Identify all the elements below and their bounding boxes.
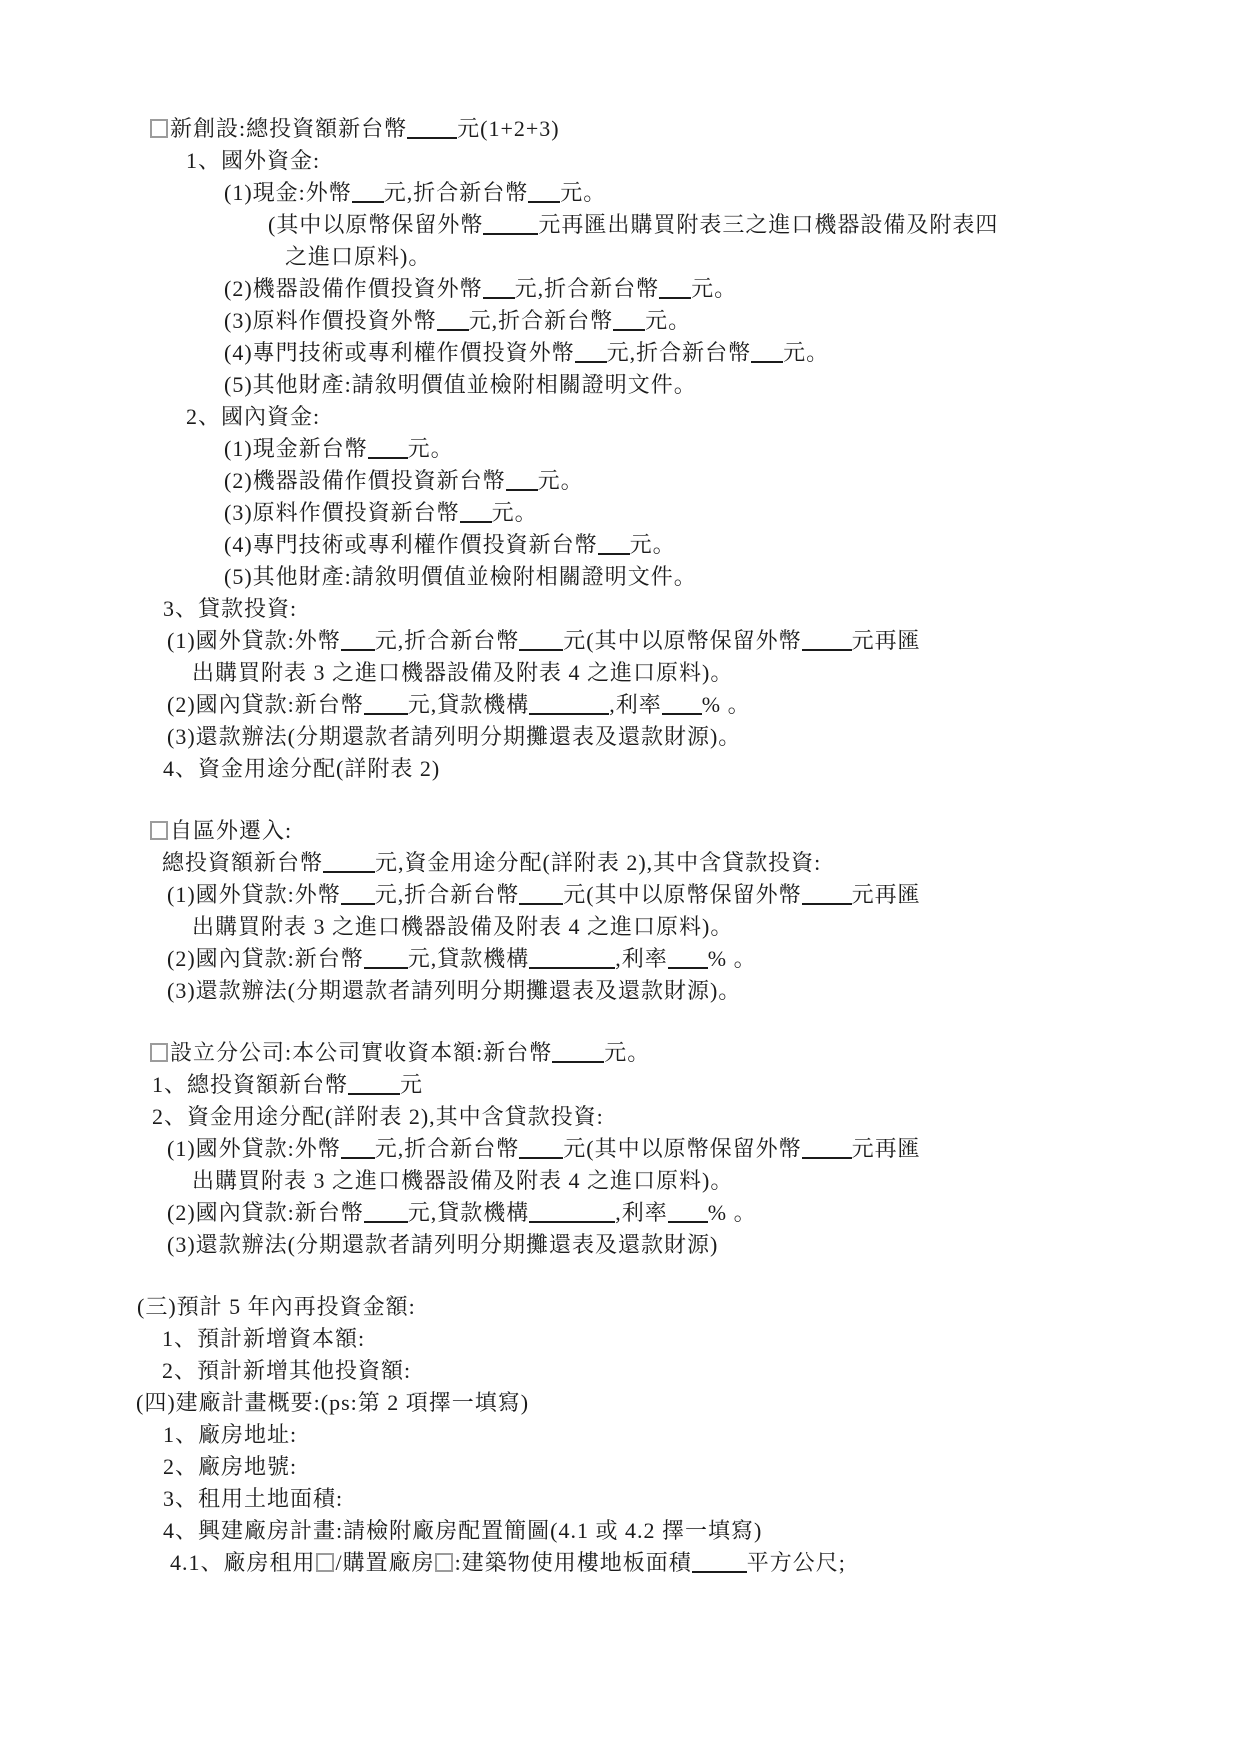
fill-in-blank[interactable] — [364, 695, 408, 715]
text-segment: 1、總投資額新台幣 — [152, 1072, 348, 1097]
fill-in-blank[interactable] — [519, 631, 563, 651]
form-line-9: (5)其他財產:請敘明價值並檢附相關證明文件。 — [224, 369, 1241, 401]
fill-in-blank[interactable] — [659, 279, 691, 299]
text-segment: 新創設:總投資額新台幣 — [170, 116, 407, 141]
form-line-27: (3)還款辦法(分期還款者請列明分期攤還表及還款財源)。 — [167, 975, 1241, 1007]
fill-in-blank[interactable] — [341, 631, 375, 651]
form-line-33: (2)國內貸款:新台幣元,貸款機構,利率% 。 — [167, 1197, 1241, 1229]
text-segment: ,利率 — [609, 692, 662, 717]
text-segment: % 。 — [708, 1200, 757, 1225]
text-segment: ,利率 — [615, 1200, 668, 1225]
form-line-14: (4)專門技術或專利權作價投資新台幣元。 — [224, 529, 1241, 561]
fill-in-blank[interactable] — [341, 1139, 375, 1159]
form-line-31: (1)國外貸款:外幣元,折合新台幣元(其中以原幣保留外幣元再匯 — [167, 1133, 1241, 1165]
text-segment: 元,折合新台幣 — [607, 340, 752, 365]
text-segment: 總投資額新台幣 — [162, 850, 323, 875]
text-segment: (2)國內貸款:新台幣 — [167, 946, 364, 971]
form-line-16: 3、貸款投資: — [163, 593, 1241, 625]
text-segment: (3)原料作價投資新台幣 — [224, 500, 460, 525]
text-segment: (1)國外貸款:外幣 — [167, 1136, 341, 1161]
text-segment: 元,貸款機構 — [408, 946, 530, 971]
text-segment: 元(其中以原幣保留外幣 — [563, 1136, 801, 1161]
form-line-5: 之進口原料)。 — [285, 241, 1241, 273]
text-segment: 4.1、廠房租用 — [170, 1550, 316, 1575]
text-segment: 1、廠房地址: — [163, 1422, 297, 1447]
text-segment: 元(其中以原幣保留外幣 — [563, 628, 801, 653]
text-segment: 元,折合新台幣 — [375, 882, 520, 907]
form-line-2: 1、國外資金: — [186, 145, 1241, 177]
fill-in-blank[interactable] — [598, 535, 630, 555]
fill-in-blank[interactable] — [575, 343, 607, 363]
text-segment: (3)還款辦法(分期還款者請列明分期攤還表及還款財源)。 — [167, 724, 741, 749]
text-segment: 元,貸款機構 — [408, 1200, 530, 1225]
text-segment: (4)專門技術或專利權作價投資外幣 — [224, 340, 575, 365]
checkbox-move-in-from-outside-zone[interactable] — [150, 821, 168, 840]
form-line-15: (5)其他財產:請敘明價值並檢附相關證明文件。 — [224, 561, 1241, 593]
text-segment: (2)機器設備作價投資新台幣 — [224, 468, 506, 493]
form-line-13: (3)原料作價投資新台幣元。 — [224, 497, 1241, 529]
text-segment: ,利率 — [615, 946, 668, 971]
form-line-36: 1、預計新增資本額: — [162, 1323, 1241, 1355]
text-segment: 元,折合新台幣 — [384, 180, 529, 205]
form-line-30: 2、資金用途分配(詳附表 2),其中含貸款投資: — [152, 1101, 1241, 1133]
section-establish-branch: 設立分公司:本公司實收資本額:新台幣元。 — [150, 1037, 1241, 1069]
fill-in-blank[interactable] — [352, 183, 384, 203]
text-segment: (3)還款辦法(分期還款者請列明分期攤還表及還款財源)。 — [167, 978, 741, 1003]
fill-in-blank[interactable] — [529, 1203, 615, 1223]
fill-in-blank[interactable] — [529, 695, 609, 715]
text-segment: (5)其他財產:請敘明價值並檢附相關證明文件。 — [224, 564, 697, 589]
fill-in-blank[interactable] — [751, 343, 783, 363]
text-segment: 3、貸款投資: — [163, 596, 297, 621]
fill-in-blank[interactable] — [668, 1203, 708, 1223]
form-line-8: (4)專門技術或專利權作價投資外幣元,折合新台幣元。 — [224, 337, 1241, 369]
form-line-42: 4、興建廠房計畫:請檢附廠房配置簡圖(4.1 或 4.2 擇一填寫) — [163, 1515, 1241, 1547]
fill-in-blank[interactable] — [483, 215, 538, 235]
form-line-24: (1)國外貸款:外幣元,折合新台幣元(其中以原幣保留外幣元再匯 — [167, 879, 1241, 911]
text-segment: 元 — [400, 1072, 423, 1097]
form-line-factory-rent-or-purchase: 4.1、廠房租用/購置廠房:建築物使用樓地板面積平方公尺; — [170, 1547, 1241, 1579]
text-segment: 元。 — [538, 468, 584, 493]
fill-in-blank[interactable] — [802, 1139, 852, 1159]
text-segment: 元(1+2+3) — [457, 116, 559, 141]
text-segment: 元(其中以原幣保留外幣 — [563, 882, 801, 907]
text-segment: 元。 — [783, 340, 829, 365]
text-segment: 之進口原料)。 — [285, 244, 431, 269]
form-line-18: 出購買附表 3 之進口機器設備及附表 4 之進口原料)。 — [192, 657, 1241, 689]
fill-in-blank[interactable] — [364, 949, 408, 969]
form-line-11: (1)現金新台幣元。 — [224, 433, 1241, 465]
section-move-in-from-outside-zone: 自區外遷入: — [150, 815, 1241, 847]
text-segment: % 。 — [708, 946, 757, 971]
text-segment: 元再匯 — [852, 628, 921, 653]
form-line-25: 出購買附表 3 之進口機器設備及附表 4 之進口原料)。 — [192, 911, 1241, 943]
text-segment: 3、租用土地面積: — [163, 1486, 343, 1511]
fill-in-blank[interactable] — [692, 1553, 747, 1573]
fill-in-blank[interactable] — [364, 1203, 408, 1223]
fill-in-blank[interactable] — [506, 471, 538, 491]
text-segment: 元。 — [408, 436, 454, 461]
fill-in-blank[interactable] — [437, 311, 469, 331]
fill-in-blank[interactable] — [529, 949, 615, 969]
fill-in-blank[interactable] — [613, 311, 645, 331]
text-segment: 元,貸款機構 — [408, 692, 530, 717]
fill-in-blank[interactable] — [407, 119, 457, 139]
form-line-17: (1)國外貸款:外幣元,折合新台幣元(其中以原幣保留外幣元再匯 — [167, 625, 1241, 657]
form-line-7: (3)原料作價投資外幣元,折合新台幣元。 — [224, 305, 1241, 337]
fill-in-blank[interactable] — [552, 1043, 604, 1063]
fill-in-blank[interactable] — [802, 885, 852, 905]
form-line-32: 出購買附表 3 之進口機器設備及附表 4 之進口原料)。 — [192, 1165, 1241, 1197]
text-segment: (3)還款辦法(分期還款者請列明分期攤還表及還款財源) — [167, 1232, 718, 1257]
fill-in-blank[interactable] — [460, 503, 492, 523]
text-segment: 2、廠房地號: — [163, 1454, 297, 1479]
document-page: 新創設:總投資額新台幣元(1+2+3)1、國外資金:(1)現金:外幣元,折合新台… — [0, 0, 1241, 1754]
text-segment: 元。 — [492, 500, 538, 525]
text-segment: 元,資金用途分配(詳附表 2),其中含貸款投資: — [375, 850, 821, 875]
text-segment: 元。 — [560, 180, 606, 205]
form-line-23: 總投資額新台幣元,資金用途分配(詳附表 2),其中含貸款投資: — [162, 847, 1241, 879]
text-segment: 平方公尺; — [747, 1550, 846, 1575]
fill-in-blank[interactable] — [519, 885, 563, 905]
fill-in-blank[interactable] — [802, 631, 852, 651]
checkbox-factory-purchase[interactable] — [435, 1553, 453, 1572]
text-segment: 出購買附表 3 之進口機器設備及附表 4 之進口原料)。 — [192, 914, 733, 939]
text-segment: 4、興建廠房計畫:請檢附廠房配置簡圖(4.1 或 4.2 擇一填寫) — [163, 1518, 762, 1543]
text-segment: 2、資金用途分配(詳附表 2),其中含貸款投資: — [152, 1104, 604, 1129]
text-segment: 1、預計新增資本額: — [162, 1326, 365, 1351]
text-segment: % 。 — [702, 692, 751, 717]
fill-in-blank[interactable] — [368, 439, 408, 459]
text-segment: 元再匯 — [852, 1136, 921, 1161]
fill-in-blank[interactable] — [519, 1139, 563, 1159]
fill-in-blank[interactable] — [668, 949, 708, 969]
text-segment: (1)國外貸款:外幣 — [167, 882, 341, 907]
fill-in-blank[interactable] — [483, 279, 515, 299]
text-segment: :建築物使用樓地板面積 — [455, 1550, 692, 1575]
section-new-establishment: 新創設:總投資額新台幣元(1+2+3) — [150, 113, 1241, 145]
fill-in-blank[interactable] — [348, 1075, 400, 1095]
text-segment: (1)國外貸款:外幣 — [167, 628, 341, 653]
form-line-34: (3)還款辦法(分期還款者請列明分期攤還表及還款財源) — [167, 1229, 1241, 1261]
text-segment: /購置廠房 — [336, 1550, 435, 1575]
text-segment: (其中以原幣保留外幣 — [268, 212, 483, 237]
form-line-37: 2、預計新增其他投資額: — [162, 1355, 1241, 1387]
form-line-3: (1)現金:外幣元,折合新台幣元。 — [224, 177, 1241, 209]
form-line-6: (2)機器設備作價投資外幣元,折合新台幣元。 — [224, 273, 1241, 305]
fill-in-blank[interactable] — [662, 695, 702, 715]
text-segment: (3)原料作價投資外幣 — [224, 308, 437, 333]
text-segment: 元,折合新台幣 — [375, 628, 520, 653]
text-segment: 元,折合新台幣 — [469, 308, 614, 333]
form-line-29: 1、總投資額新台幣元 — [152, 1069, 1241, 1101]
form-line-20: (3)還款辦法(分期還款者請列明分期攤還表及還款財源)。 — [167, 721, 1241, 753]
form-line-12: (2)機器設備作價投資新台幣元。 — [224, 465, 1241, 497]
text-segment: 元。 — [691, 276, 737, 301]
form-line-41: 3、租用土地面積: — [163, 1483, 1241, 1515]
text-segment: 出購買附表 3 之進口機器設備及附表 4 之進口原料)。 — [192, 1168, 733, 1193]
text-segment: 元,折合新台幣 — [515, 276, 660, 301]
text-segment: 2、預計新增其他投資額: — [162, 1358, 411, 1383]
text-segment: 出購買附表 3 之進口機器設備及附表 4 之進口原料)。 — [192, 660, 733, 685]
form-line-4: (其中以原幣保留外幣元再匯出購買附表三之進口機器設備及附表四 — [268, 209, 1241, 241]
fill-in-blank[interactable] — [341, 885, 375, 905]
text-segment: (2)國內貸款:新台幣 — [167, 692, 364, 717]
text-segment: (5)其他財產:請敘明價值並檢附相關證明文件。 — [224, 372, 697, 397]
form-line-10: 2、國內資金: — [186, 401, 1241, 433]
text-segment: 2、國內資金: — [186, 404, 320, 429]
text-segment: (2)國內貸款:新台幣 — [167, 1200, 364, 1225]
checkbox-new-establishment[interactable] — [150, 119, 168, 138]
form-line-19: (2)國內貸款:新台幣元,貸款機構,利率% 。 — [167, 689, 1241, 721]
text-segment: (1)現金:外幣 — [224, 180, 352, 205]
item-4-factory-plan-summary: (四)建廠計畫概要:(ps:第 2 項擇一填寫) — [136, 1387, 1241, 1419]
form-line-21: 4、資金用途分配(詳附表 2) — [163, 753, 1241, 785]
text-segment: 元再匯出購買附表三之進口機器設備及附表四 — [538, 212, 998, 237]
checkbox-factory-rent[interactable] — [316, 1553, 334, 1572]
text-segment: 元。 — [604, 1040, 650, 1065]
text-segment: 元,折合新台幣 — [375, 1136, 520, 1161]
text-segment: 4、資金用途分配(詳附表 2) — [163, 756, 440, 781]
text-segment: (1)現金新台幣 — [224, 436, 368, 461]
text-segment: (2)機器設備作價投資外幣 — [224, 276, 483, 301]
text-segment: 1、國外資金: — [186, 148, 320, 173]
text-segment: 自區外遷入: — [170, 818, 292, 843]
text-segment: (三)預計 5 年內再投資金額: — [137, 1294, 416, 1319]
text-segment: 元。 — [645, 308, 691, 333]
form-line-26: (2)國內貸款:新台幣元,貸款機構,利率% 。 — [167, 943, 1241, 975]
checkbox-establish-branch[interactable] — [150, 1043, 168, 1062]
form-line-40: 2、廠房地號: — [163, 1451, 1241, 1483]
text-segment: 元。 — [630, 532, 676, 557]
fill-in-blank[interactable] — [323, 853, 375, 873]
item-3-reinvestment-in-5-years: (三)預計 5 年內再投資金額: — [137, 1291, 1241, 1323]
text-segment: 設立分公司:本公司實收資本額:新台幣 — [170, 1040, 552, 1065]
text-segment: (4)專門技術或專利權作價投資新台幣 — [224, 532, 598, 557]
form-line-39: 1、廠房地址: — [163, 1419, 1241, 1451]
fill-in-blank[interactable] — [528, 183, 560, 203]
text-segment: 元再匯 — [852, 882, 921, 907]
text-segment: (四)建廠計畫概要:(ps:第 2 項擇一填寫) — [136, 1390, 529, 1415]
